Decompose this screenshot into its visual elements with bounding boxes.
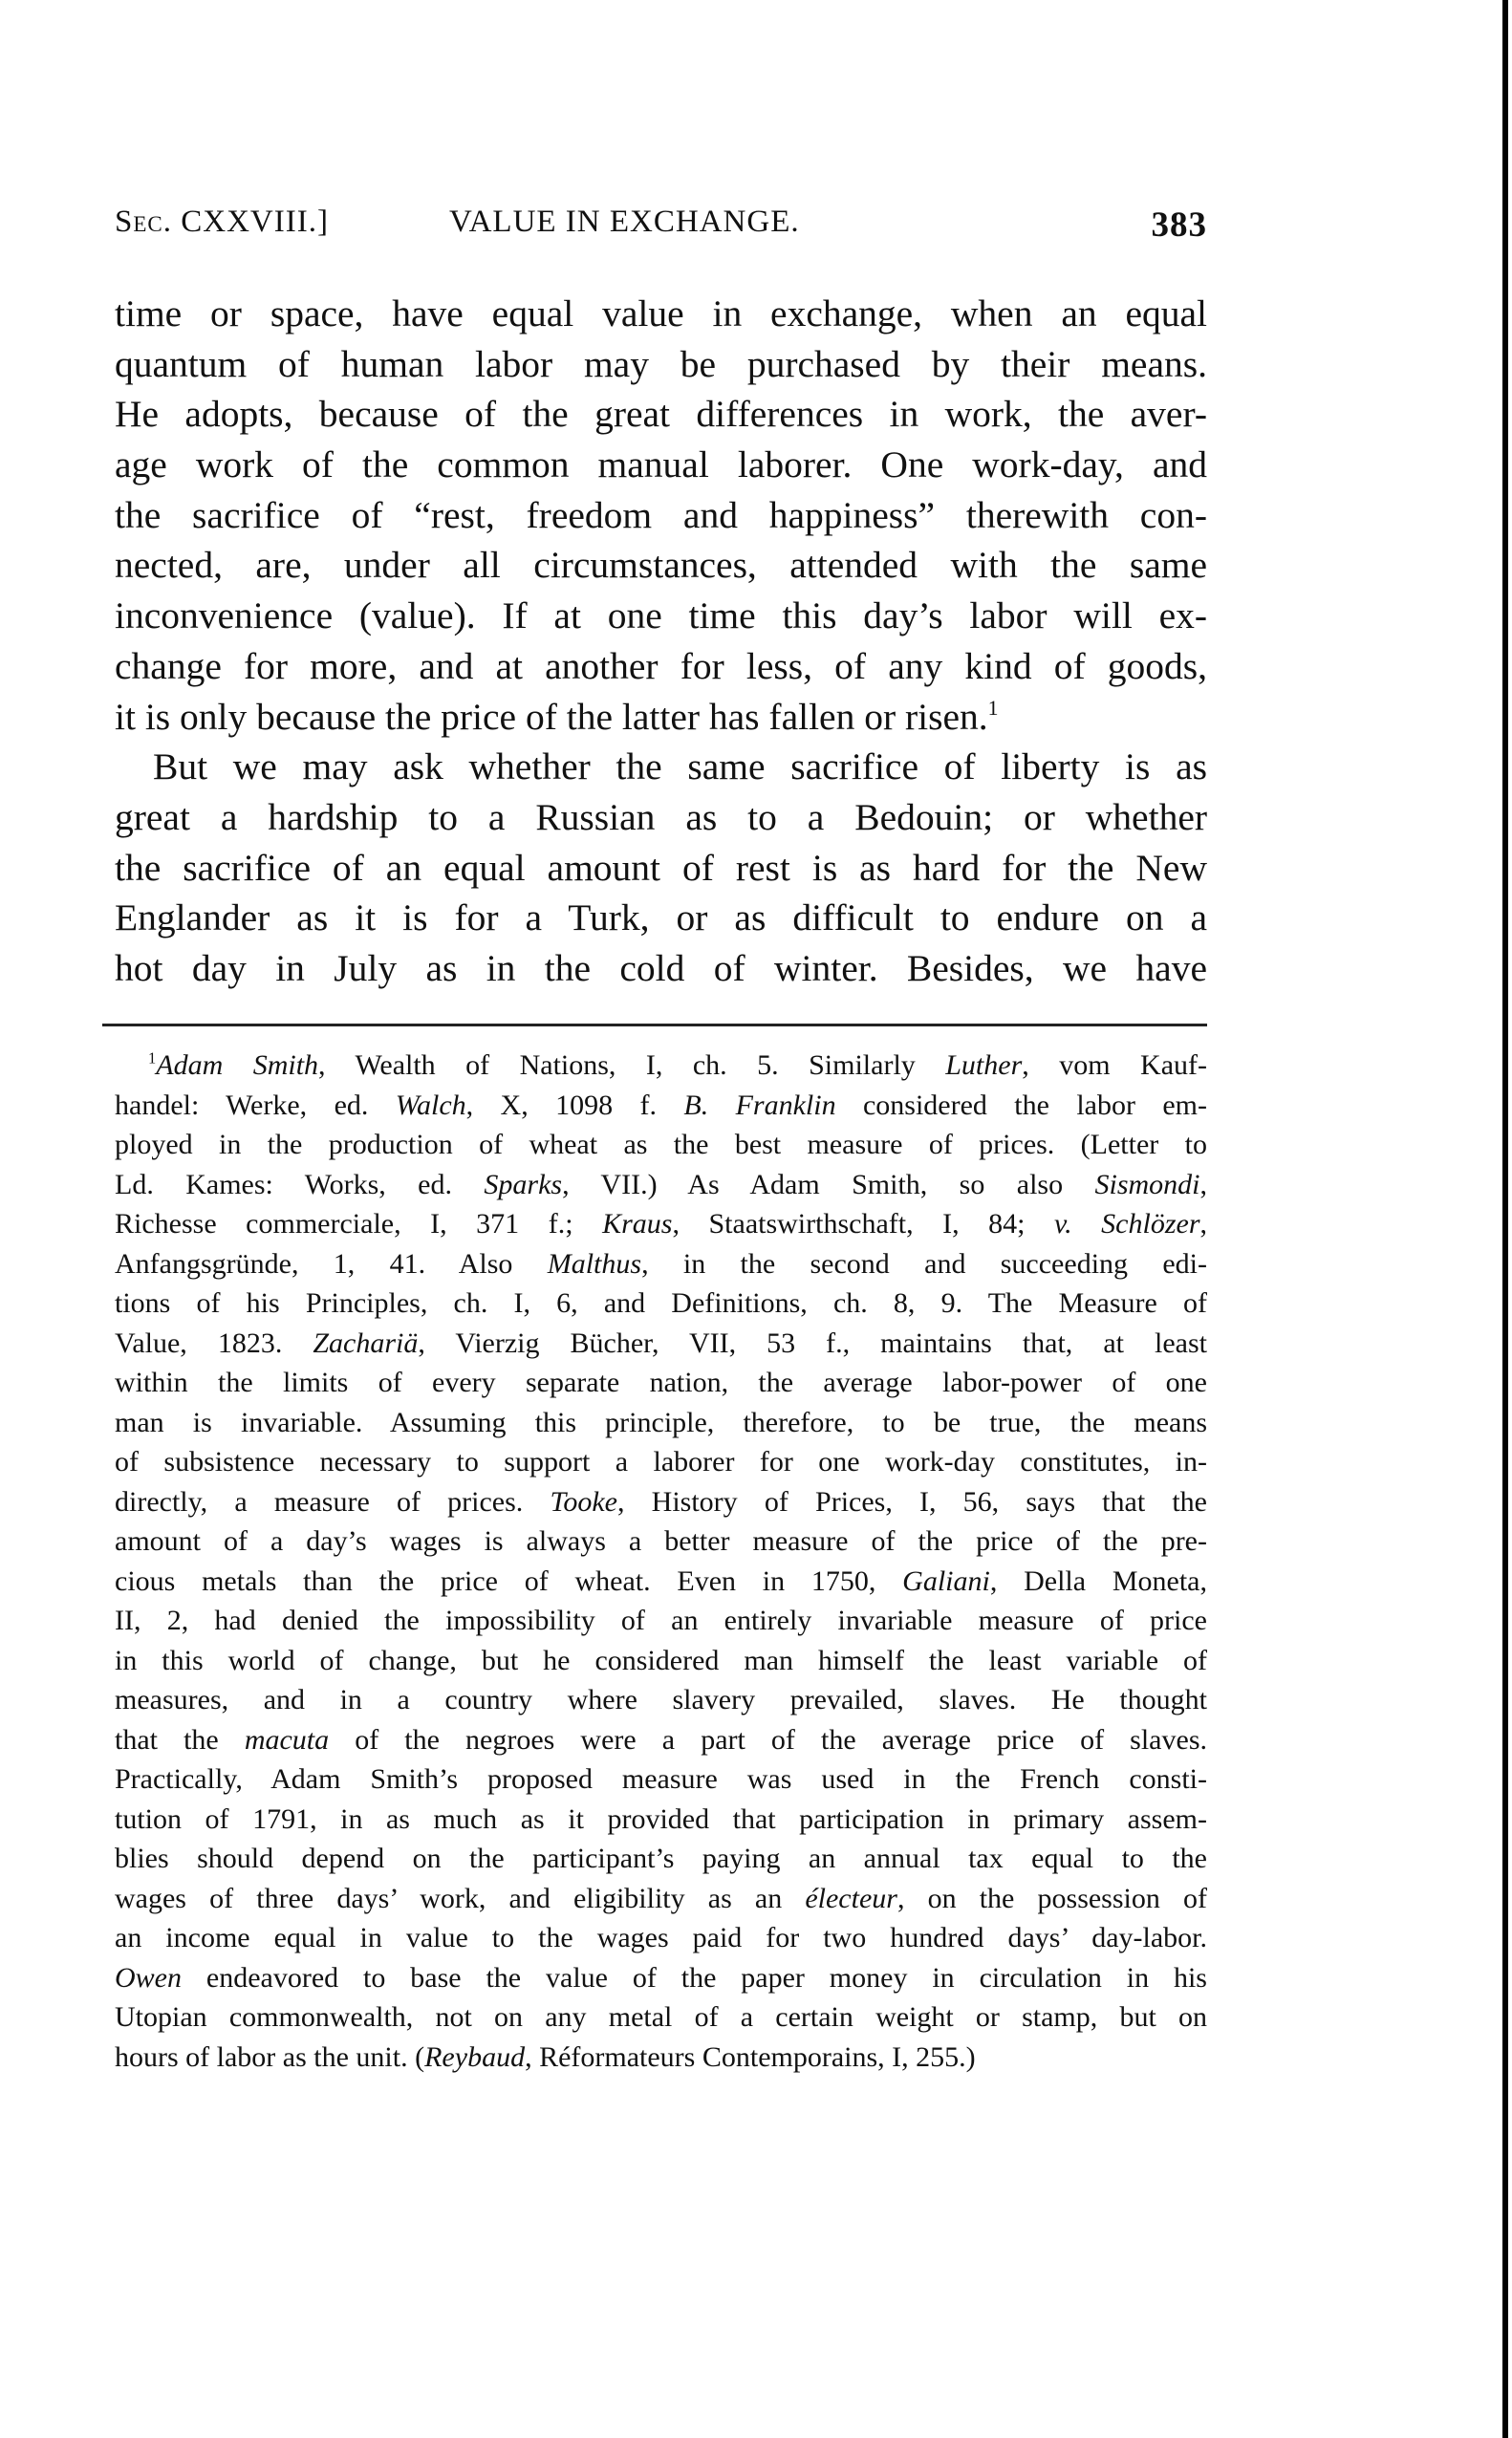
- text-line: time or space, have equal value in excha…: [115, 289, 1207, 339]
- italic-citation: Reybaud: [424, 2041, 525, 2073]
- footnote-text: , Della Moneta,: [990, 1565, 1207, 1597]
- text-line: Englander as it is for a Turk, or as dif…: [115, 893, 1207, 943]
- chapter-title: VALUE IN EXCHANGE.: [449, 205, 800, 240]
- footnote-text: Utopian commonwealth, not on any metal o…: [115, 2001, 1207, 2033]
- footnote-line: cious metals than the price of wheat. Ev…: [115, 1562, 1207, 1602]
- text-line: great a hardship to a Russian as to a Be…: [115, 792, 1207, 843]
- footnote-line: Ld. Kames: Works, ed. Sparks, VII.) As A…: [115, 1165, 1207, 1205]
- footnote-line: handel: Werke, ed. Walch, X, 1098 f. B. …: [115, 1086, 1207, 1126]
- footnote-text: endeavored to base the value of the pape…: [182, 1962, 1207, 1994]
- italic-citation: Sismondi: [1094, 1169, 1199, 1200]
- italic-citation: Zachariä: [313, 1327, 418, 1359]
- scan-edge-bar: [1502, 0, 1508, 2438]
- italic-citation: Walch: [396, 1090, 466, 1121]
- footnote-line: Anfangsgründe, 1, 41. Also Malthus, in t…: [115, 1244, 1207, 1284]
- footnote-line: Value, 1823. Zachariä, Vierzig Bücher, V…: [115, 1324, 1207, 1364]
- footnote-text: within the limits of every separate nati…: [115, 1367, 1207, 1398]
- footnote-line: that the macuta of the negroes were a pa…: [115, 1720, 1207, 1760]
- footnote-block: 1Adam Smith, Wealth of Nations, I, ch. 5…: [115, 1046, 1207, 2077]
- footnote-text: in this world of change, but he consider…: [115, 1645, 1207, 1676]
- footnote-text: considered the labor em-: [836, 1090, 1207, 1121]
- footnote-text: , vom Kauf-: [1022, 1049, 1207, 1081]
- text-line: the sacrifice of an equal amount of rest…: [115, 843, 1207, 894]
- footnote-text: ployed in the production of wheat as the…: [115, 1129, 1207, 1160]
- footnote-line: tution of 1791, in as much as it provide…: [115, 1800, 1207, 1840]
- footnote-text: of the negroes were a part of the averag…: [329, 1724, 1207, 1756]
- footnote-text: directly, a measure of prices.: [115, 1486, 550, 1518]
- footnote-text: blies should depend on the participant’s…: [115, 1843, 1207, 1874]
- footnote-text: Anfangsgründe, 1, 41. Also: [115, 1248, 548, 1280]
- italic-citation: Owen: [115, 1962, 182, 1994]
- footnote-line: tions of his Principles, ch. I, 6, and D…: [115, 1284, 1207, 1324]
- footnote-text: man is invariable. Assuming this princip…: [115, 1407, 1207, 1438]
- italic-citation: macuta: [245, 1724, 329, 1756]
- footnote-separator-rule: [102, 1024, 1207, 1026]
- footnote-text: , Staatswirthschaft, I, 84;: [672, 1208, 1054, 1240]
- text-line: hot day in July as in the cold of winter…: [115, 943, 1207, 994]
- footnote-marker: 1: [148, 1048, 156, 1067]
- footnote-text: handel: Werke, ed.: [115, 1090, 396, 1121]
- footnote-text: amount of a day’s wages is always a bett…: [115, 1525, 1207, 1557]
- footnote-text: , History of Prices, I, 56, says that th…: [617, 1486, 1207, 1518]
- footnote-line: hours of labor as the unit. (Reybaud, Ré…: [115, 2038, 1207, 2078]
- footnote-line: blies should depend on the participant’s…: [115, 1839, 1207, 1879]
- footnote-line: directly, a measure of prices. Tooke, Hi…: [115, 1482, 1207, 1522]
- footnote-text: measures, and in a country where slavery…: [115, 1684, 1207, 1715]
- italic-citation: électeur: [805, 1883, 897, 1914]
- footnote-line: ployed in the production of wheat as the…: [115, 1125, 1207, 1165]
- footnote-line: measures, and in a country where slavery…: [115, 1680, 1207, 1720]
- footnote-text: hours of labor as the unit. (: [115, 2041, 424, 2073]
- footnote-line: amount of a day’s wages is always a bett…: [115, 1521, 1207, 1562]
- footnote-text: tions of his Principles, ch. I, 6, and D…: [115, 1287, 1207, 1319]
- page-number: 383: [1152, 205, 1208, 246]
- paragraph-start-line: But we may ask whether the same sacrific…: [115, 742, 1207, 792]
- footnote-text: an income equal in value to the wages pa…: [115, 1922, 1207, 1953]
- text-line: He adopts, because of the great differen…: [115, 389, 1207, 440]
- footnote-text: ,: [1200, 1169, 1208, 1200]
- footnote-text: wages of three days’ work, and eligibili…: [115, 1883, 805, 1914]
- italic-citation: Luther: [945, 1049, 1022, 1081]
- footnote-text: Ld. Kames: Works, ed.: [115, 1169, 484, 1200]
- footnote-line: Utopian commonwealth, not on any metal o…: [115, 1997, 1207, 2038]
- italic-citation: B. Franklin: [683, 1090, 835, 1121]
- footnote-line: Practically, Adam Smith’s proposed measu…: [115, 1759, 1207, 1800]
- footnote-line: Owen endeavored to base the value of the…: [115, 1958, 1207, 1998]
- main-text: time or space, have equal value in excha…: [115, 289, 1207, 994]
- footnote-line: in this world of change, but he consider…: [115, 1641, 1207, 1681]
- footnote-text: , on the possession of: [897, 1883, 1207, 1914]
- footnote-line: wages of three days’ work, and eligibili…: [115, 1879, 1207, 1919]
- footnote-text: Practically, Adam Smith’s proposed measu…: [115, 1763, 1207, 1795]
- text-line: inconvenience (value). If at one time th…: [115, 591, 1207, 641]
- running-head: Sec. CXXVIII.] VALUE IN EXCHANGE. 383: [115, 205, 1207, 250]
- text-line: quantum of human labor may be purchased …: [115, 339, 1207, 390]
- footnote-text: , in the second and succeeding edi-: [641, 1248, 1207, 1280]
- text-line: the sacrifice of “rest, freedom and happ…: [115, 490, 1207, 541]
- footnote-text: , VII.) As Adam Smith, so also: [562, 1169, 1094, 1200]
- text-line-content: it is only because the price of the latt…: [115, 696, 988, 738]
- text-line: age work of the common manual laborer. O…: [115, 440, 1207, 490]
- italic-citation: Adam Smith: [156, 1049, 318, 1081]
- footnote-reference[interactable]: 1: [988, 696, 999, 719]
- italic-citation: Galiani: [902, 1565, 990, 1597]
- text-line: change for more, and at another for less…: [115, 641, 1207, 692]
- footnote-text: of subsistence necessary to support a la…: [115, 1446, 1207, 1478]
- section-label: Sec. CXXVIII.]: [115, 205, 329, 240]
- italic-citation: Malthus: [548, 1248, 641, 1280]
- footnote-text: II, 2, had denied the impossibility of a…: [115, 1605, 1207, 1636]
- footnote-line: of subsistence necessary to support a la…: [115, 1442, 1207, 1482]
- footnote-text: cious metals than the price of wheat. Ev…: [115, 1565, 902, 1597]
- italic-citation: Kraus: [602, 1208, 672, 1240]
- footnote-text: ,: [1200, 1208, 1208, 1240]
- footnote-line: within the limits of every separate nati…: [115, 1363, 1207, 1403]
- footnote-text: , Wealth of Nations, I, ch. 5. Similarly: [318, 1049, 945, 1081]
- footnote-text: , Vierzig Bücher, VII, 53 f., maintains …: [418, 1327, 1207, 1359]
- footnote-line: 1Adam Smith, Wealth of Nations, I, ch. 5…: [115, 1046, 1207, 1086]
- text-line: nected, are, under all circumstances, at…: [115, 540, 1207, 591]
- footnote-line: an income equal in value to the wages pa…: [115, 1918, 1207, 1958]
- footnote-text: , Réformateurs Contemporains, I, 255.): [525, 2041, 976, 2073]
- footnote-line: II, 2, had denied the impossibility of a…: [115, 1601, 1207, 1641]
- italic-citation: Sparks: [484, 1169, 562, 1200]
- footnote-text: , X, 1098 f.: [466, 1090, 684, 1121]
- footnote-text: Richesse commerciale, I, 371 f.;: [115, 1208, 602, 1240]
- italic-citation: v. Schlözer: [1054, 1208, 1199, 1240]
- footnote-line: man is invariable. Assuming this princip…: [115, 1403, 1207, 1443]
- footnote-text: Value, 1823.: [115, 1327, 313, 1359]
- text-line: it is only because the price of the latt…: [115, 692, 1207, 743]
- footnote-text: tution of 1791, in as much as it provide…: [115, 1803, 1207, 1835]
- footnote-line: Richesse commerciale, I, 371 f.; Kraus, …: [115, 1204, 1207, 1244]
- italic-citation: Tooke: [550, 1486, 617, 1518]
- footnote-text: that the: [115, 1724, 245, 1756]
